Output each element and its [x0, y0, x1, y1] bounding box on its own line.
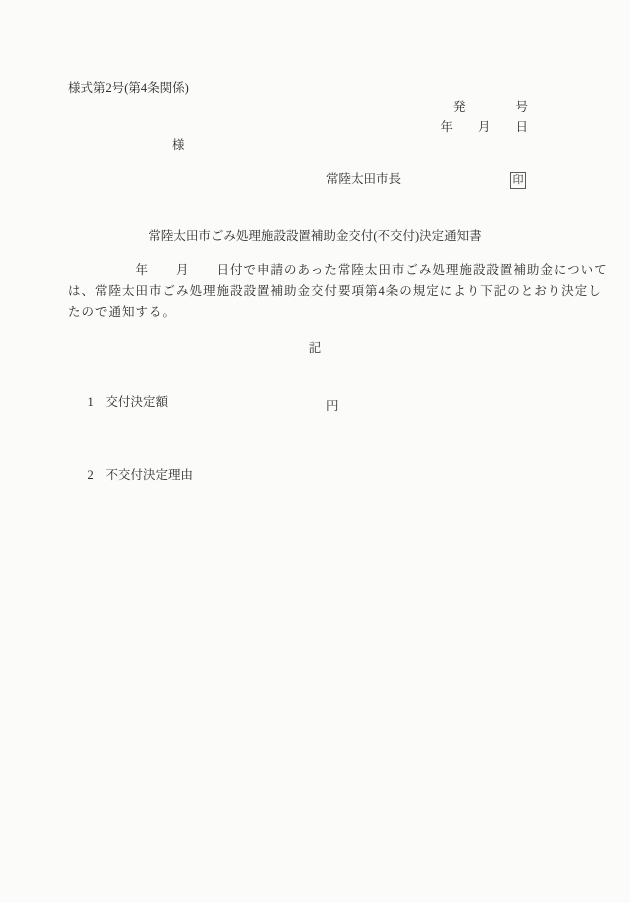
date-line: 年 月 日 — [440, 119, 528, 135]
body-paragraph-line-3: たので通知する。 — [68, 304, 176, 320]
record-item-1-unit: 円 — [326, 398, 339, 414]
body-paragraph-line-2: は、常陸太田市ごみ処理施設設置補助金交付要項第4条の規定により下記のとおり決定し — [68, 283, 602, 299]
body-paragraph-line-1: 年 月 日付で申請のあった常陸太田市ごみ処理施設設置補助金について — [68, 262, 608, 278]
record-item-2: 2不交付決定理由 — [75, 451, 193, 499]
record-item-1-label: 交付決定額 — [106, 395, 169, 409]
addressee-honorific: 様 — [172, 137, 185, 153]
record-marker: 記 — [0, 340, 630, 356]
document-title: 常陸太田市ごみ処理施設設置補助金交付(不交付)決定通知書 — [0, 228, 630, 244]
record-item-2-label: 不交付決定理由 — [106, 468, 194, 482]
document-page: 様式第2号(第4条関係) 発 号 年 月 日 様 常陸太田市長 印 常陸太田市ご… — [0, 0, 630, 903]
sender-title: 常陸太田市長 — [326, 171, 401, 187]
record-item-1: 1交付決定額 — [75, 378, 168, 426]
seal-box: 印 — [510, 172, 526, 189]
seal-icon: 印 — [513, 174, 524, 186]
record-item-1-number: 1 — [88, 394, 106, 410]
form-number-label: 様式第2号(第4条関係) — [68, 80, 189, 96]
record-item-2-number: 2 — [88, 467, 106, 483]
issue-number-line: 発 号 — [453, 99, 528, 115]
